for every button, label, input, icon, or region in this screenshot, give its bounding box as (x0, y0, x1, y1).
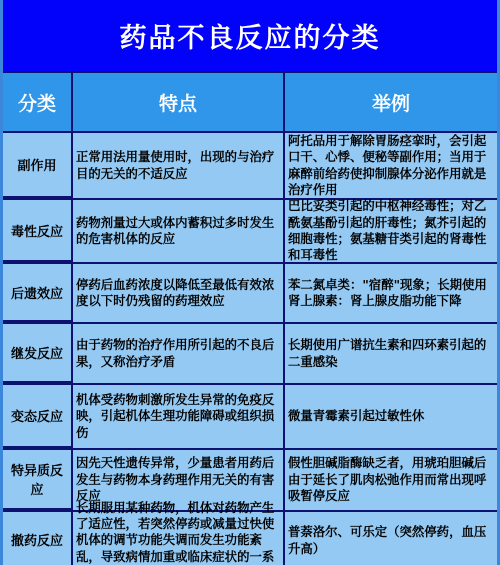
example-cell: 苯二氮卓类："宿醉"现象；长期使用肾上腺素：肾上腺皮脂功能下降 (285, 264, 497, 322)
example-cell: 巴比妥类引起的中枢神经毒性；对乙酰氨基酚引起的肝毒性；氮芥引起的细胞毒性；氨基糖… (285, 200, 497, 262)
category-cell: 后遗效应 (3, 264, 71, 320)
title-bar: 药品不良反应的分类 (3, 0, 497, 71)
category-cell: 撤药反应 (3, 512, 71, 565)
page-title: 药品不良反应的分类 (120, 16, 381, 55)
category-cell: 副作用 (3, 133, 71, 196)
adr-classification-infographic: 药品不良反应的分类 分类 特点 举例 副作用 正常用法用量使用时，出现的与治疗目… (0, 0, 500, 565)
feature-cell: 机体受药物刺激所发生异常的免疫反映，引起机体生理功能障碍或组织损伤 (73, 385, 283, 448)
table-frame: 药品不良反应的分类 分类 特点 举例 副作用 正常用法用量使用时，出现的与治疗目… (0, 0, 500, 565)
header-example: 举例 (285, 73, 497, 131)
example-cell: 普萘洛尔、可乐定（突然停药，血压升高） (285, 512, 497, 565)
adr-table: 分类 特点 举例 副作用 正常用法用量使用时，出现的与治疗目的无关的不适反应 阿… (3, 71, 497, 565)
category-cell: 变态反应 (3, 385, 71, 446)
feature-cell: 由于药物的治疗作用所引起的不良后果，又称治疗矛盾 (73, 324, 283, 383)
feature-cell: 长期服用某种药物，机体对药物产生了适应性，若突然停药或减量过快使机体的调节功能失… (73, 512, 283, 565)
header-category: 分类 (3, 73, 71, 131)
example-cell: 微量青霉素引起过敏性休 (285, 385, 497, 448)
category-cell: 特异质反应 (3, 450, 71, 508)
feature-cell: 正常用法用量使用时，出现的与治疗目的无关的不适反应 (73, 133, 283, 198)
example-cell: 假性胆碱脂酶缺乏者，用琥珀胆碱后由于延长了肌肉松弛作用而常出现呼吸暂停反应 (285, 450, 497, 510)
category-cell: 继发反应 (3, 324, 71, 381)
feature-cell: 药物剂量过大或体内蓄积过多时发生的危害机体的反应 (73, 200, 283, 262)
header-feature: 特点 (73, 73, 283, 131)
example-cell: 长期使用广谱抗生素和四环素引起的二重感染 (285, 324, 497, 383)
feature-cell: 停药后血药浓度以降低至最低有效浓度以下时仍残留的药理效应 (73, 264, 283, 322)
category-cell: 毒性反应 (3, 200, 71, 260)
example-cell: 阿托品用于解除胃肠痉挛时，会引起口干、心悸、便秘等副作用；当用于麻醉前给药使抑制… (285, 133, 497, 198)
